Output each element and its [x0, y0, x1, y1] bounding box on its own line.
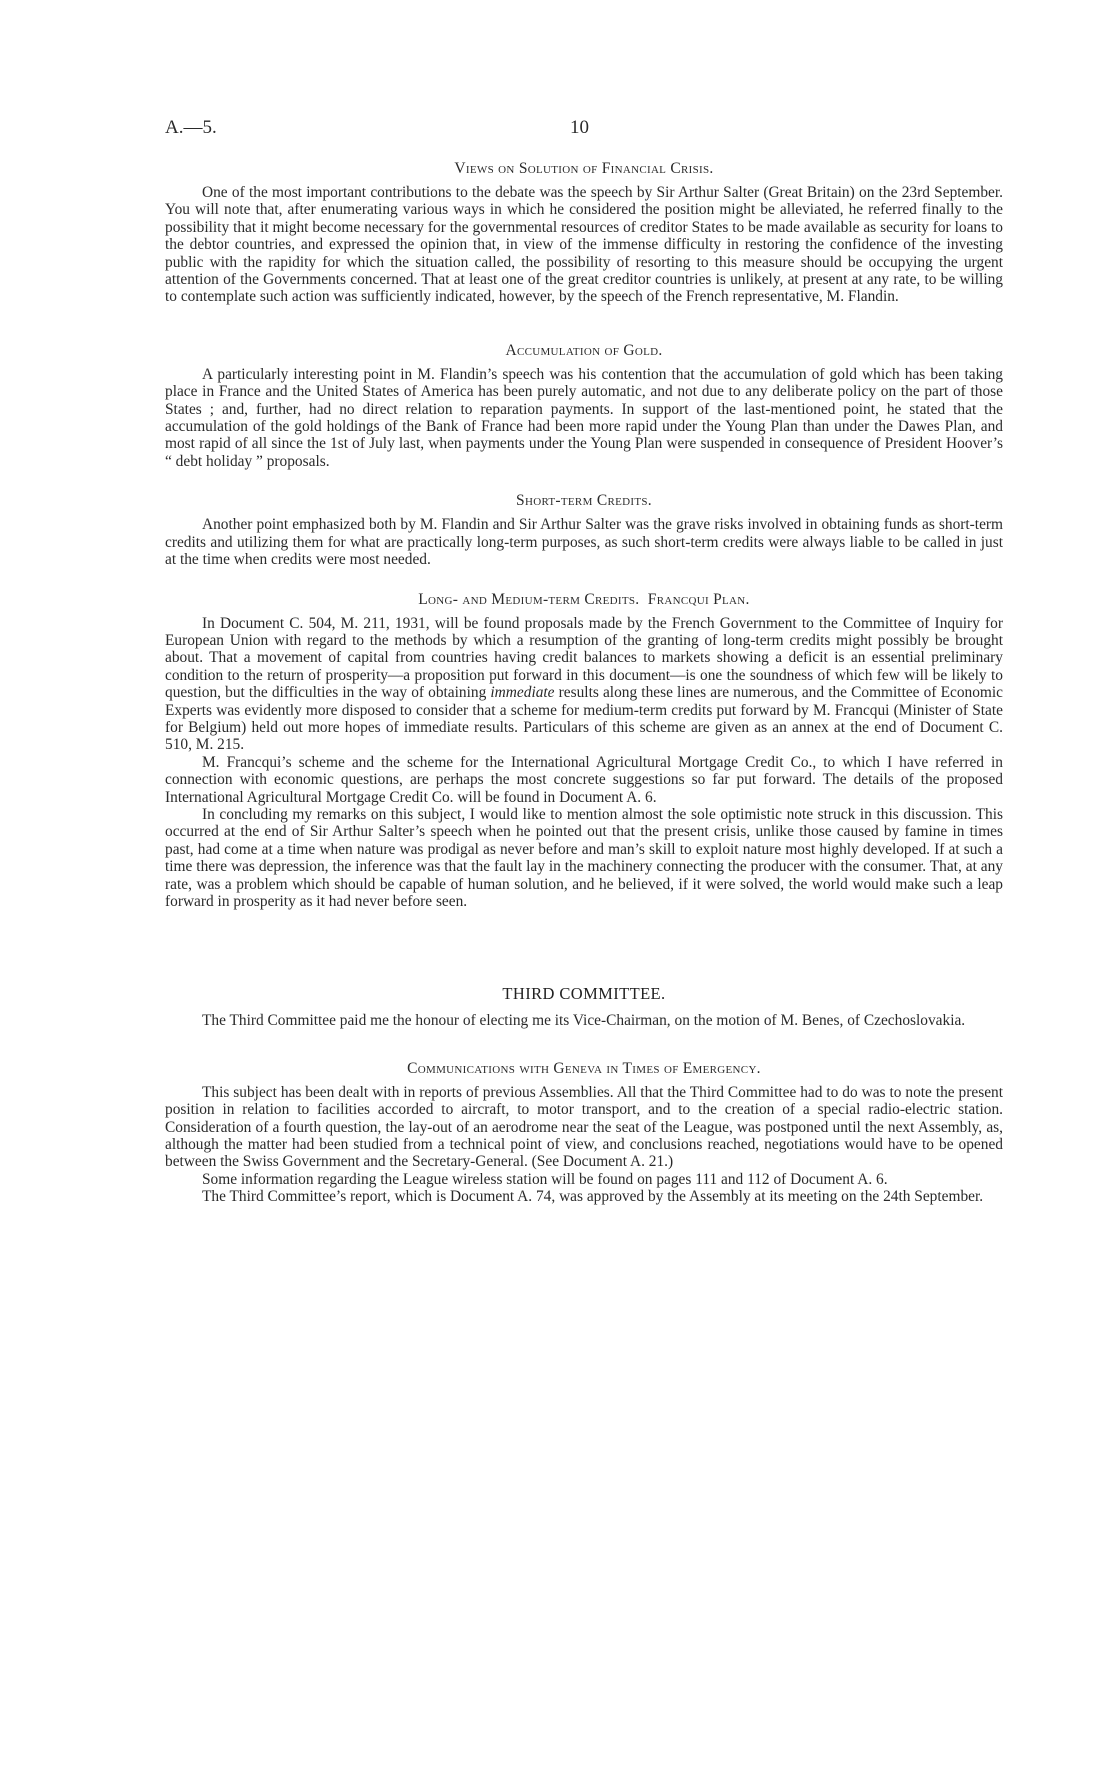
page-number: 10	[570, 117, 589, 139]
document-reference: A.—5.	[165, 117, 217, 139]
paragraph: The Third Committee paid me the honour o…	[165, 1012, 1003, 1029]
section-heading-communications-geneva: Communications with Geneva in Times of E…	[165, 1060, 1003, 1078]
section-heading-financial-crisis: Views on Solution of Financial Crisis.	[165, 160, 1003, 178]
paragraph: A particularly interesting point in M. F…	[165, 366, 1003, 470]
document-body: Views on Solution of Financial Crisis. O…	[165, 160, 1003, 1206]
emphasized-word: immediate	[490, 684, 554, 701]
paragraph: The Third Committee’s report, which is D…	[165, 1188, 1003, 1205]
running-header: A.—5. 10	[165, 117, 1003, 141]
section-heading-accumulation-of-gold: Accumulation of Gold.	[165, 342, 1003, 360]
paragraph: This subject has been dealt with in repo…	[165, 1084, 1003, 1171]
paragraph: One of the most important contributions …	[165, 184, 1003, 306]
paragraph: M. Francqui’s scheme and the scheme for …	[165, 754, 1003, 806]
paragraph: Another point emphasized both by M. Flan…	[165, 516, 1003, 568]
paragraph: Some information regarding the League wi…	[165, 1171, 1003, 1188]
section-heading-short-term-credits: Short-term Credits.	[165, 492, 1003, 510]
paragraph: In concluding my remarks on this subject…	[165, 806, 1003, 910]
section-heading-long-medium-term-credits: Long- and Medium-term Credits. Francqui …	[165, 591, 1003, 609]
major-heading-third-committee: THIRD COMMITTEE.	[165, 984, 1003, 1004]
paragraph: In Document C. 504, M. 211, 1931, will b…	[165, 615, 1003, 754]
